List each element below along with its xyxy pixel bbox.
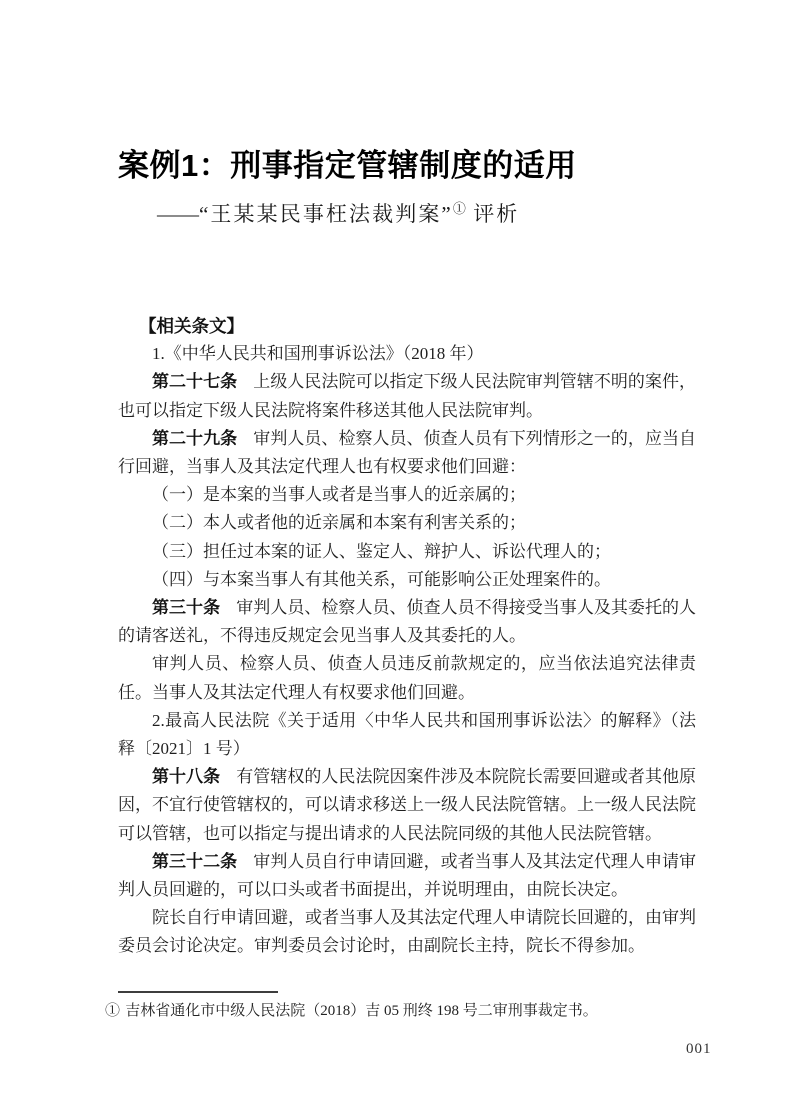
paragraph-article-32-clause-2: 院长自行申请回避，或者当事人及其法定代理人申请院长回避的，由审判委员会讨论决定。… [118, 904, 696, 960]
section-header: 【相关条文】 [118, 312, 696, 340]
subtitle-dash: —— [157, 202, 199, 226]
article-32-label: 第三十二条 [152, 852, 253, 871]
article-18-label: 第十八条 [152, 767, 236, 786]
footnote-separator-rule [118, 991, 278, 993]
paragraph-interpretation-title: 2.最高人民法院《关于适用〈中华人民共和国刑事诉讼法〉的解释》（法释〔2021〕… [118, 707, 696, 763]
book-page: 案例1：刑事指定管辖制度的适用 ——“王某某民事枉法裁判案”① 评析 【相关条文… [0, 0, 799, 1114]
footnote-text: 吉林省通化市中级人民法院（2018）吉 05 刑终 198 号二审刑事裁定书。 [125, 1003, 598, 1019]
article-27-label: 第二十七条 [152, 372, 253, 391]
list-item-3: （三）担任过本案的证人、鉴定人、辩护人、诉讼代理人的； [118, 538, 696, 566]
paragraph-article-27: 第二十七条上级人民法院可以指定下级人民法院审判管辖不明的案件，也可以指定下级人民… [118, 368, 696, 424]
paragraph-article-18: 第十八条有管辖权的人民法院因案件涉及本院院长需要回避或者其他原因，不宜行使管辖权… [118, 763, 696, 848]
list-item-2: （二）本人或者他的近亲属和本案有利害关系的； [118, 509, 696, 537]
main-text-block: 【相关条文】 1.《中华人民共和国刑事诉讼法》（2018 年） 第二十七条上级人… [118, 312, 696, 961]
page-title: 案例1：刑事指定管辖制度的适用 [118, 147, 577, 185]
paragraph-article-30-clause-2: 审判人员、检察人员、侦查人员违反前款规定的，应当依法追究法律责任。当事人及其法定… [118, 650, 696, 706]
subtitle-suffix: 评析 [466, 202, 520, 226]
article-29-label: 第二十九条 [152, 429, 253, 448]
subtitle-case-name: “王某某民事枉法裁判案” [199, 202, 453, 226]
paragraph-article-32: 第三十二条审判人员自行申请回避，或者当事人及其法定代理人申请审判人员回避的，可以… [118, 848, 696, 904]
article-30-label: 第三十条 [152, 598, 236, 617]
paragraph-article-30: 第三十条审判人员、检察人员、侦查人员不得接受当事人及其委托的人的请客送礼，不得违… [118, 594, 696, 650]
page-subtitle: ——“王某某民事枉法裁判案”① 评析 [157, 199, 519, 229]
page-number: 001 [686, 1041, 712, 1058]
list-item-4: （四）与本案当事人有其他关系，可能影响公正处理案件的。 [118, 566, 696, 594]
paragraph-article-29: 第二十九条审判人员、检察人员、侦查人员有下列情形之一的，应当自行回避，当事人及其… [118, 425, 696, 481]
footnote: ①吉林省通化市中级人民法院（2018）吉 05 刑终 198 号二审刑事裁定书。 [105, 1000, 695, 1023]
paragraph-law-title: 1.《中华人民共和国刑事诉讼法》（2018 年） [118, 340, 696, 368]
list-item-1: （一）是本案的当事人或者是当事人的近亲属的； [118, 481, 696, 509]
footnote-marker: ① [105, 1003, 125, 1019]
footnote-reference-mark: ① [453, 201, 466, 216]
